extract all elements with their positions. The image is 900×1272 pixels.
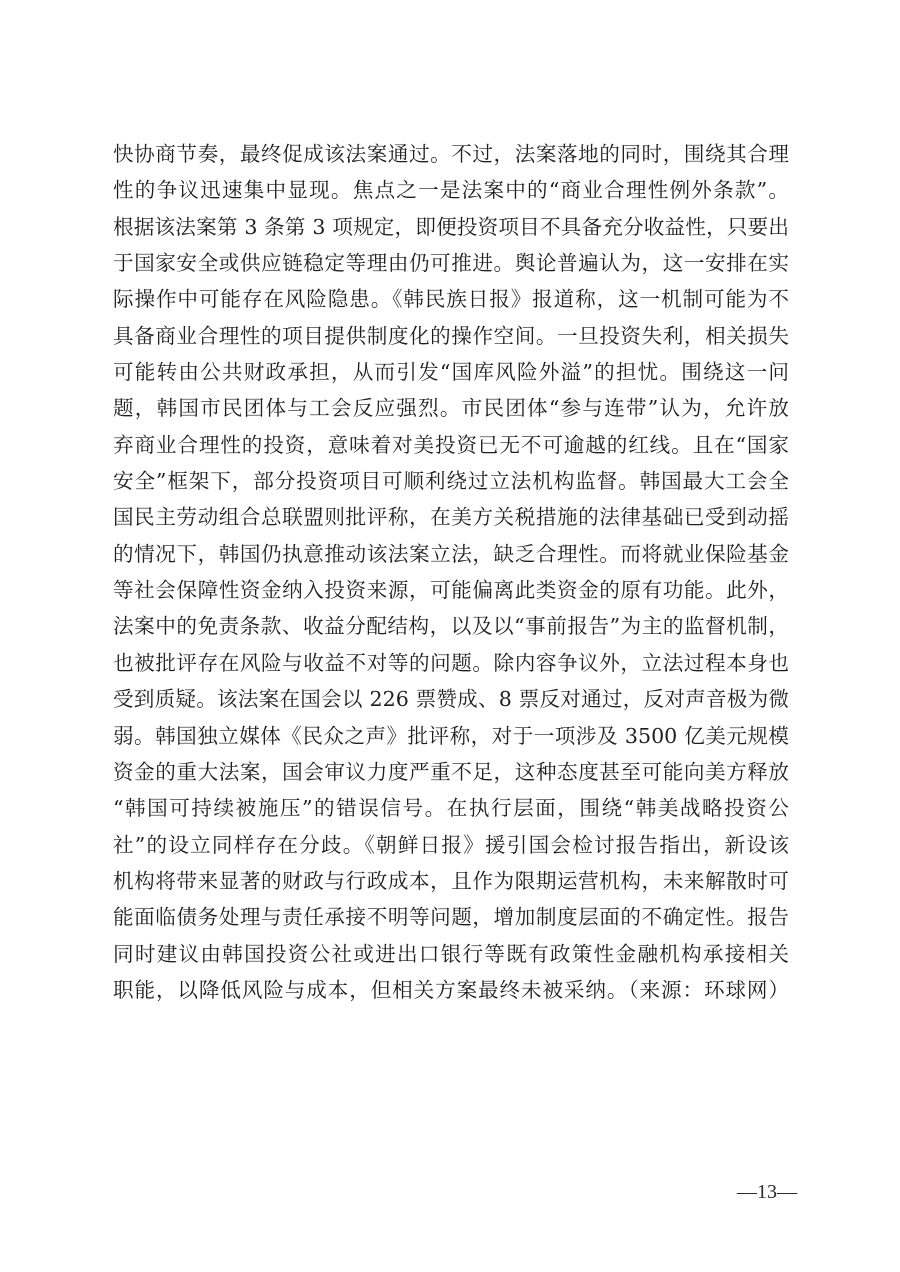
- text-line: 同时建议由韩国投资公社或进出口银行等既有政策性金融机构承接相关: [113, 936, 789, 972]
- text-line: 弱。韩国独立媒体《民众之声》批评称，对于一项涉及 3500 亿美元规模: [113, 718, 789, 754]
- text-line: 职能，以降低风险与成本，但相关方案最终未被采纳。（来源：环球网）: [113, 972, 789, 1008]
- text-line: 安全”框架下，部分投资项目可顺利绕过立法机构监督。韩国最大工会全: [113, 463, 789, 499]
- body-paragraph: 快协商节奏，最终促成该法案通过。不过，法案落地的同时，围绕其合理 性的争议迅速集…: [113, 136, 789, 1008]
- text-line: 具备商业合理性的项目提供制度化的操作空间。一旦投资失利，相关损失: [113, 318, 789, 354]
- text-line: 于国家安全或供应链稳定等理由仍可推进。舆论普遍认为，这一安排在实: [113, 245, 789, 281]
- text-line: 题，韩国市民团体与工会反应强烈。市民团体“参与连带”认为，允许放: [113, 390, 789, 426]
- text-line: 际操作中可能存在风险隐患。《韩民族日报》报道称，这一机制可能为不: [113, 281, 789, 317]
- text-line: 法案中的免责条款、收益分配结构，以及以“事前报告”为主的监督机制，: [113, 608, 789, 644]
- text-line: 快协商节奏，最终促成该法案通过。不过，法案落地的同时，围绕其合理: [113, 136, 789, 172]
- text-line: 也被批评存在风险与收益不对等的问题。除内容争议外，立法过程本身也: [113, 645, 789, 681]
- text-line: 弃商业合理性的投资，意味着对美投资已无不可逾越的红线。且在“国家: [113, 427, 789, 463]
- text-line: “韩国可持续被施压”的错误信号。在执行层面，围绕“韩美战略投资公: [113, 790, 789, 826]
- text-line: 能面临债务处理与责任承接不明等问题，增加制度层面的不确定性。报告: [113, 899, 789, 935]
- text-line: 的情况下，韩国仍执意推动该法案立法，缺乏合理性。而将就业保险基金: [113, 536, 789, 572]
- text-line: 国民主劳动组合总联盟则批评称，在美方关税措施的法律基础已受到动摇: [113, 499, 789, 535]
- text-line: 资金的重大法案，国会审议力度严重不足，这种态度甚至可能向美方释放: [113, 754, 789, 790]
- text-line: 根据该法案第 3 条第 3 项规定，即便投资项目不具备充分收益性，只要出: [113, 209, 789, 245]
- page-number: —13—: [737, 1179, 797, 1205]
- text-line: 可能转由公共财政承担，从而引发“国库风险外溢”的担忧。围绕这一问: [113, 354, 789, 390]
- text-line: 社”的设立同样存在分歧。《朝鲜日报》援引国会检讨报告指出，新设该: [113, 827, 789, 863]
- text-line: 机构将带来显著的财政与行政成本，且作为限期运营机构，未来解散时可: [113, 863, 789, 899]
- text-line: 受到质疑。该法案在国会以 226 票赞成、8 票反对通过，反对声音极为微: [113, 681, 789, 717]
- text-line: 等社会保障性资金纳入投资来源，可能偏离此类资金的原有功能。此外，: [113, 572, 789, 608]
- document-page: 快协商节奏，最终促成该法案通过。不过，法案落地的同时，围绕其合理 性的争议迅速集…: [0, 0, 900, 1272]
- text-line: 性的争议迅速集中显现。焦点之一是法案中的“商业合理性例外条款”。: [113, 172, 789, 208]
